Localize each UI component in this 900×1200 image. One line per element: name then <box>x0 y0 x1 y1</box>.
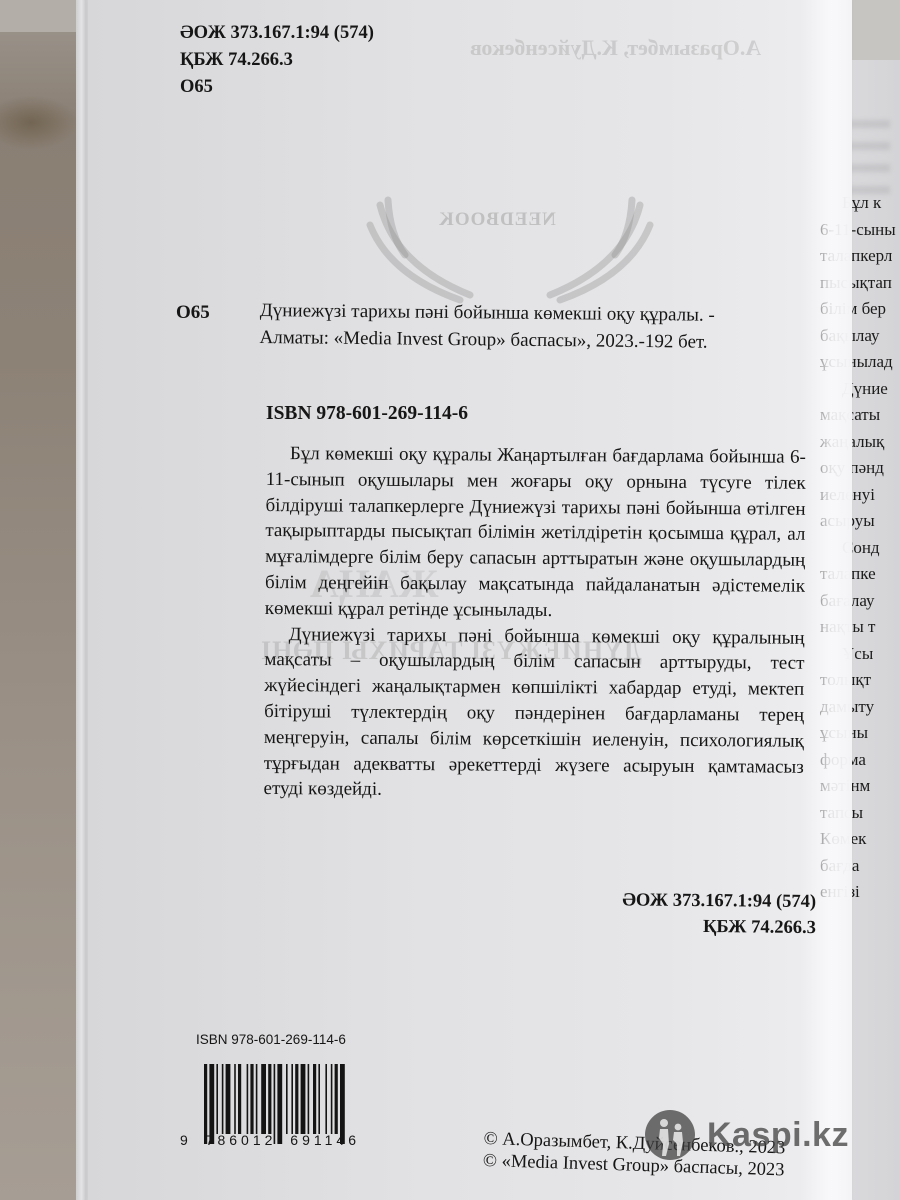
page-curl-highlight <box>800 0 852 1200</box>
barcode-digit-group-2: 691146 <box>290 1132 360 1148</box>
isbn-barcode: ISBN 978-601-269-114-6 9 786012 691146 <box>180 1032 390 1157</box>
udc-code: ӘОЖ 373.167.1:94 (574) <box>580 887 816 915</box>
barcode-digits: 9 786012 691146 <box>180 1132 360 1148</box>
barcode-digit-group-1: 786012 <box>206 1132 277 1148</box>
kaspi-watermark: Kaspi.kz <box>645 1110 849 1160</box>
author-mark: О65 <box>180 74 374 101</box>
classification-top: ӘОЖ 373.167.1:94 (574) ҚБЖ 74.266.3 О65 <box>180 20 374 101</box>
abstract: Бұл көмекші оқу құралы Жаңартылған бағда… <box>263 441 806 806</box>
table-stain <box>0 95 78 150</box>
catalog-code: О65 <box>176 302 210 324</box>
classification-bottom: ӘОЖ 373.167.1:94 (574) ҚБЖ 74.266.3 <box>580 887 816 941</box>
abstract-paragraph: Бұл көмекші оқу құралы Жаңартылған бағда… <box>265 441 806 625</box>
udc-code: ӘОЖ 373.167.1:94 (574) <box>180 20 374 47</box>
kaspi-logo-icon <box>645 1110 695 1160</box>
publisher-watermark: NEEDBOOK <box>438 209 556 231</box>
kaspi-brand-text: Kaspi.kz <box>707 1116 849 1155</box>
catalog-description: Дүниежүзі тарихы пәні бойынша көмекші оқ… <box>259 297 714 356</box>
table-surface-top <box>0 0 80 32</box>
catalog-publisher-line: Алматы: «Media Invest Group» баспасы», 2… <box>259 324 714 356</box>
isbn-number: ISBN 978-601-269-114-6 <box>266 403 468 425</box>
barcode-digit-prefix: 9 <box>180 1132 188 1148</box>
lbc-code: ҚБЖ 74.266.3 <box>580 913 816 941</box>
abstract-paragraph: Дүниежүзі тарихы пәні бойынша көмекші оқ… <box>263 622 804 806</box>
lbc-code: ҚБЖ 74.266.3 <box>180 47 374 74</box>
table-surface <box>0 0 80 1200</box>
bleed-through-author: А.Оразымбет, К.Дуйсенбеков <box>470 35 761 61</box>
